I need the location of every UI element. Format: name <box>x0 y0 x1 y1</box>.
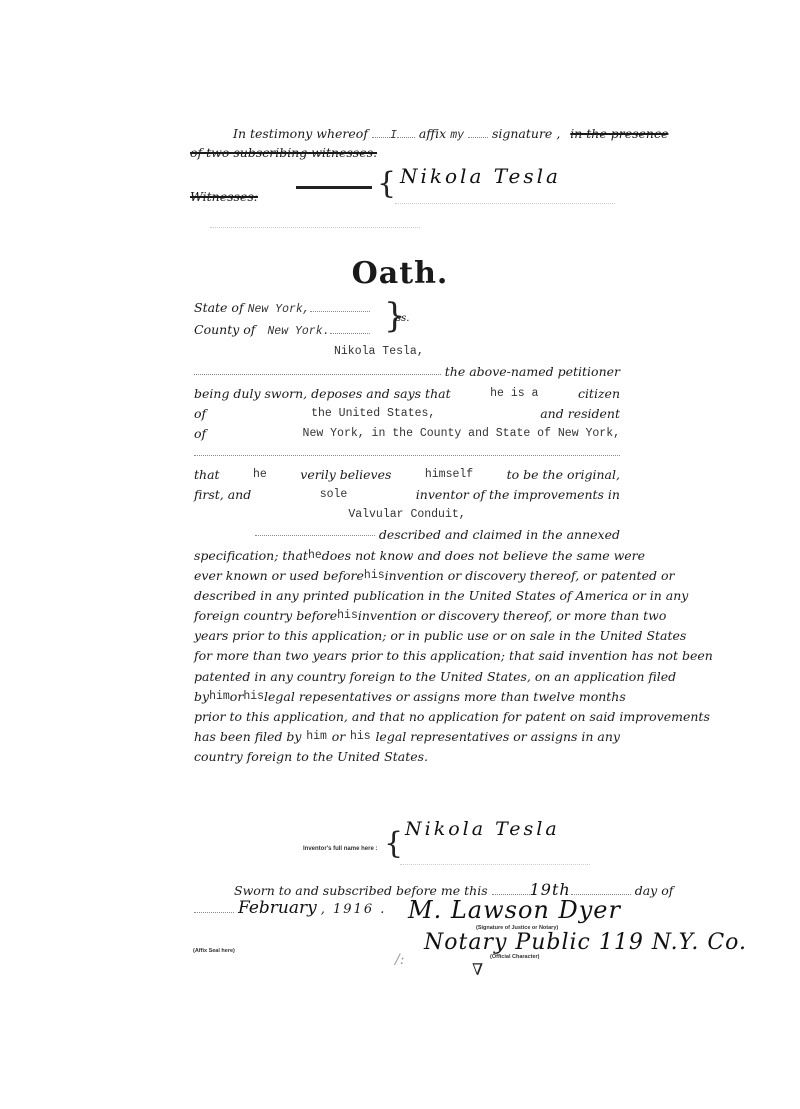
blank-fill-line <box>194 445 620 456</box>
body-line: ofNew York, in the County and State of N… <box>194 424 620 444</box>
body-line: Valvular Conduit, <box>194 505 620 525</box>
my-word: my <box>450 129 464 142</box>
body-text: does not know and does not believe the s… <box>322 546 645 566</box>
body-line: byhimorhislegal repesentatives or assign… <box>194 687 620 707</box>
body-text: or <box>230 687 244 707</box>
body-line <box>194 445 620 465</box>
filled-value: sole <box>320 485 348 505</box>
body-text: of <box>194 404 206 424</box>
body-text: that <box>194 465 220 485</box>
inventor-label: Inventor's full name here : <box>303 846 377 852</box>
body-text: legal representatives or assigns in any <box>375 727 620 747</box>
page-title: Oath. <box>0 256 800 291</box>
body-text: prior to this application, and that no a… <box>194 707 710 727</box>
notary-title: Notary Public 119 N.Y. Co. <box>424 930 747 955</box>
body-text: has been filed by <box>194 727 301 747</box>
state-row: State of New York, <box>194 300 370 316</box>
filled-value: he <box>308 546 322 566</box>
filled-value: himself <box>425 465 473 485</box>
signature-word: signature <box>492 126 552 141</box>
filled-value: his <box>350 727 371 747</box>
jurat-month: February <box>238 898 317 918</box>
official-character-label: (Official Character) <box>490 954 540 960</box>
petitioner-suffix: the above-named petitioner <box>445 364 620 379</box>
jurat-year: , 1916 . <box>321 902 387 917</box>
filled-value: he <box>253 465 267 485</box>
witnesses-label: Witnesses: <box>190 189 258 204</box>
body-line: years prior to this application; or in p… <box>194 626 620 646</box>
body-line: has been filed byhimorhislegal represent… <box>194 727 620 747</box>
jurat-day-suffix: day of <box>635 883 674 898</box>
body-text: citizen <box>578 384 620 404</box>
county-value: New York. <box>267 325 329 338</box>
filled-value: him <box>209 687 230 707</box>
filled-value: his <box>243 687 264 707</box>
filled-value: him <box>306 727 327 747</box>
body-text: of <box>194 424 206 444</box>
body-text: verily believes <box>300 465 391 485</box>
struck-witness-line <box>296 186 372 189</box>
body-line: country foreign to the United States. <box>194 747 620 767</box>
body-line: thatheverily believeshimselfto be the or… <box>194 465 620 485</box>
inventor-signature: Nikola Tesla <box>405 818 560 840</box>
body-text: country foreign to the United States. <box>194 747 428 767</box>
body-line: specification; thathedoes not know and d… <box>194 546 620 566</box>
body-text: foreign country before <box>194 606 337 626</box>
seal-mark: /: <box>395 952 404 968</box>
body-text: by <box>194 687 209 707</box>
filled-value: the United States, <box>311 404 435 424</box>
body-text: specification; that <box>194 546 308 566</box>
testimony-subject: I <box>390 129 397 142</box>
struck-presence-text: in the presence <box>570 126 668 141</box>
filled-value: New York, in the County and State of New… <box>303 424 620 444</box>
body-text: invention or discovery thereof, or paten… <box>385 566 675 586</box>
affix-word: affix <box>419 126 446 141</box>
body-line: prior to this application, and that no a… <box>194 707 620 727</box>
body-line: for more than two years prior to this ap… <box>194 646 620 666</box>
jurat-line-2: February , 1916 . <box>194 898 386 918</box>
state-value: New York, <box>248 303 310 316</box>
county-row: County of New York. <box>194 322 370 338</box>
petitioner-row: the above-named petitioner <box>194 364 620 379</box>
filled-value: his <box>337 606 358 626</box>
oath-body: being duly sworn, deposes and says thath… <box>194 384 620 768</box>
body-text: inventor of the improvements in <box>416 485 620 505</box>
filled-value: he is a <box>490 384 538 404</box>
body-text: for more than two years prior to this ap… <box>194 646 713 666</box>
body-line: described and claimed in the annexed <box>194 525 620 545</box>
ss-label: ss. <box>396 313 409 324</box>
body-line: being duly sworn, deposes and says thath… <box>194 384 620 404</box>
testimony-signature: Nikola Tesla <box>400 164 561 188</box>
county-label: County of <box>194 322 255 337</box>
seal-label: (Affix Seal here) <box>193 948 235 954</box>
filled-value: his <box>364 566 385 586</box>
filled-value: Valvular Conduit, <box>348 505 465 525</box>
notary-signature: M. Lawson Dyer <box>408 896 621 924</box>
witness-brace: { <box>377 166 396 201</box>
body-text: legal repesentatives or assigns more tha… <box>264 687 626 707</box>
body-text: being duly sworn, deposes and says that <box>194 384 451 404</box>
body-text: invention or discovery thereof, or more … <box>358 606 667 626</box>
state-label: State of <box>194 300 244 315</box>
struck-witnesses-text: of two subscribing witnesses. <box>190 145 377 160</box>
body-text: or <box>332 727 346 747</box>
testimony-prefix: In testimony whereof <box>233 126 368 141</box>
body-text: years prior to this application; or in p… <box>194 626 686 646</box>
body-line: ofthe United States,and resident <box>194 404 620 424</box>
body-text: patented in any country foreign to the U… <box>194 667 676 687</box>
oath-document-page: In testimony whereof I affix my signatur… <box>0 0 800 1109</box>
body-line: foreign country beforehisinvention or di… <box>194 606 620 626</box>
body-text: to be the original, <box>507 465 620 485</box>
body-text: described in any printed publication in … <box>194 586 688 606</box>
body-text: and resident <box>540 404 620 424</box>
body-text: first, and <box>194 485 251 505</box>
petitioner-name: Nikola Tesla, <box>334 345 424 358</box>
body-text: described and claimed in the annexed <box>379 525 620 545</box>
body-line: first, andsoleinventor of the improvemen… <box>194 485 620 505</box>
notary-flourish: ∇ <box>472 960 483 979</box>
inventor-brace: { <box>384 826 403 861</box>
body-line: ever known or used beforehisinvention or… <box>194 566 620 586</box>
body-text: ever known or used before <box>194 566 364 586</box>
body-line: described in any printed publication in … <box>194 586 620 606</box>
testimony-line-1: In testimony whereof I affix my signatur… <box>233 126 668 142</box>
body-line: patented in any country foreign to the U… <box>194 667 620 687</box>
